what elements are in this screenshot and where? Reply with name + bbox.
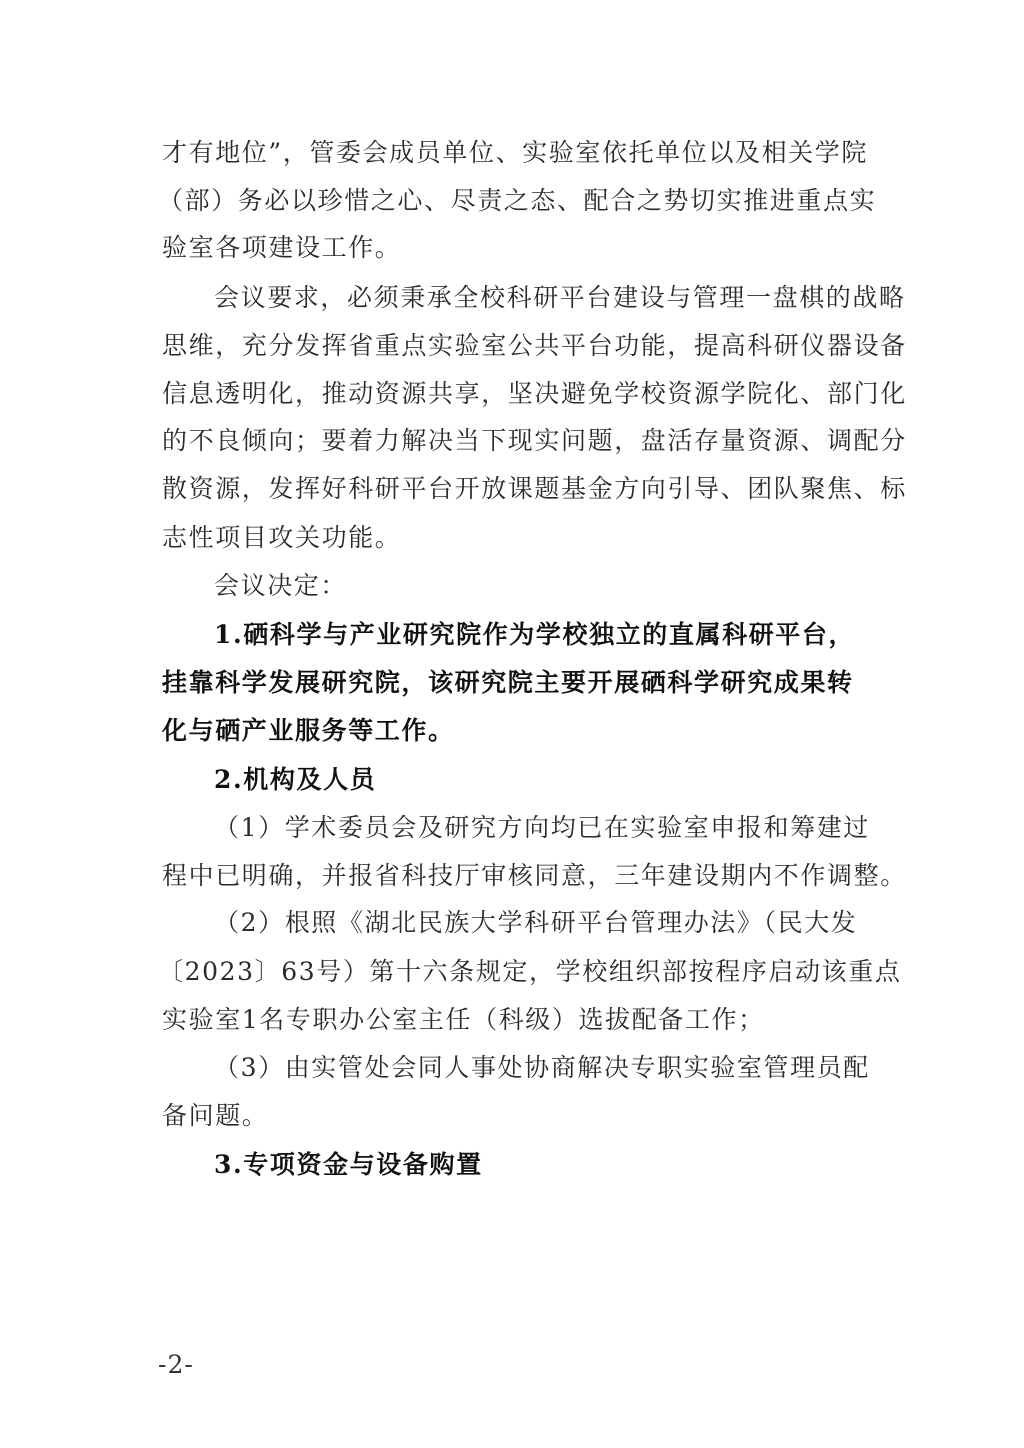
section-heading-2: 2.机构及人员 [214,765,926,795]
paragraph-line: 散资源，发挥好科研平台开放课题基金方向引导、团队聚焦、标 [162,474,874,504]
paragraph-line: （1）学术委员会及研究方向均已在实验室申报和筹建过 [214,813,926,843]
paragraph-line: 化与硒产业服务等工作。 [162,716,874,746]
document-page: 才有地位”，管委会成员单位、实验室依托单位以及相关学院 （部）务必以珍惜之心、尽… [0,0,1024,1448]
page-number: -2- [158,1350,194,1380]
paragraph-line: 程中已明确，并报省科技厅审核同意，三年建设期内不作调整。 [162,861,874,891]
paragraph-line: 会议决定： [214,571,926,601]
paragraph-line: （部）务必以珍惜之心、尽责之态、配合之势切实推进重点实 [158,186,870,216]
paragraph-line: 才有地位”，管委会成员单位、实验室依托单位以及相关学院 [162,138,874,168]
paragraph-line: 备问题。 [162,1101,874,1131]
paragraph-line: 会议要求，必须秉承全校科研平台建设与管理一盘棋的战略 [214,283,926,313]
section-heading-3: 3.专项资金与设备购置 [214,1150,926,1180]
paragraph-line: （2）根照《湖北民族大学科研平台管理办法》（民大发 [214,908,926,938]
paragraph-line: （3）由实管处会同人事处协商解决专职实验室管理员配 [214,1053,926,1083]
paragraph-line: 的不良倾向；要着力解决当下现实问题，盘活存量资源、调配分 [162,426,874,456]
paragraph-line: 实验室1名专职办公室主任（科级）选拔配备工作； [162,1005,874,1035]
paragraph-line: 〔2023〕63号）第十六条规定，学校组织部按程序启动该重点 [158,957,870,987]
paragraph-line: 信息透明化，推动资源共享，坚决避免学校资源学院化、部门化 [162,379,874,409]
paragraph-line: 挂靠科学发展研究院，该研究院主要开展硒科学研究成果转 [162,668,874,698]
paragraph-line: 思维，充分发挥省重点实验室公共平台功能，提高科研仪器设备 [162,331,874,361]
paragraph-line: 验室各项建设工作。 [162,233,874,263]
section-heading-1: 1.硒科学与产业研究院作为学校独立的直属科研平台， [214,620,926,650]
paragraph-line: 志性项目攻关功能。 [162,523,874,553]
